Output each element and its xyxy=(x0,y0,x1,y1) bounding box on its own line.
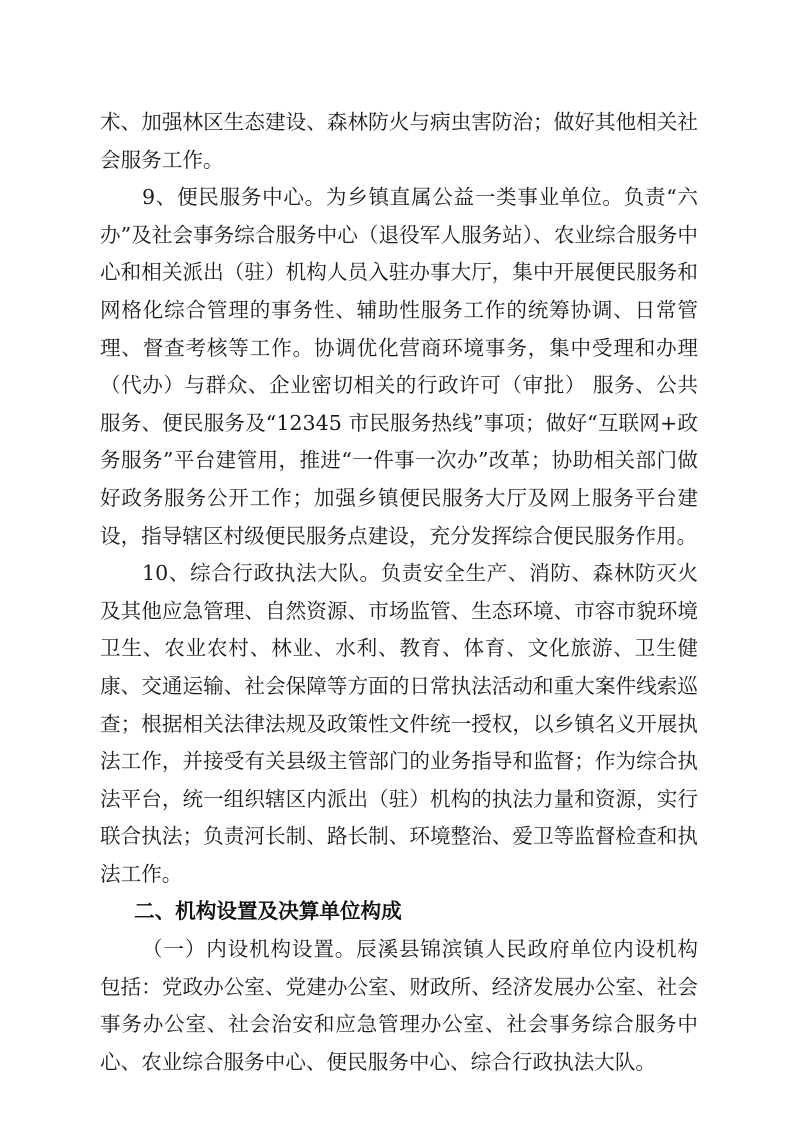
paragraph-internal-institutions: （一）内设机构设置。辰溪县锦滨镇人民政府单位内设机构包括：党政办公室、党建办公室… xyxy=(100,931,698,1081)
document-page: 术、加强林区生态建设、森林防火与病虫害防治；做好其他相关社会服务工作。 9、便民… xyxy=(100,104,698,1081)
paragraph-item-10-law-enforcement: 10、综合行政执法大队。负责安全生产、消防、森林防灭火及其他应急管理、自然资源、… xyxy=(100,555,698,893)
section-heading: 二、机构设置及决算单位构成 xyxy=(100,893,698,931)
paragraph-item-9-service-center: 9、便民服务中心。为乡镇直属公益一类事业单位。负责“六办”及社会事务综合服务中心… xyxy=(100,179,698,555)
paragraph-continuation: 术、加强林区生态建设、森林防火与病虫害防治；做好其他相关社会服务工作。 xyxy=(100,104,698,179)
